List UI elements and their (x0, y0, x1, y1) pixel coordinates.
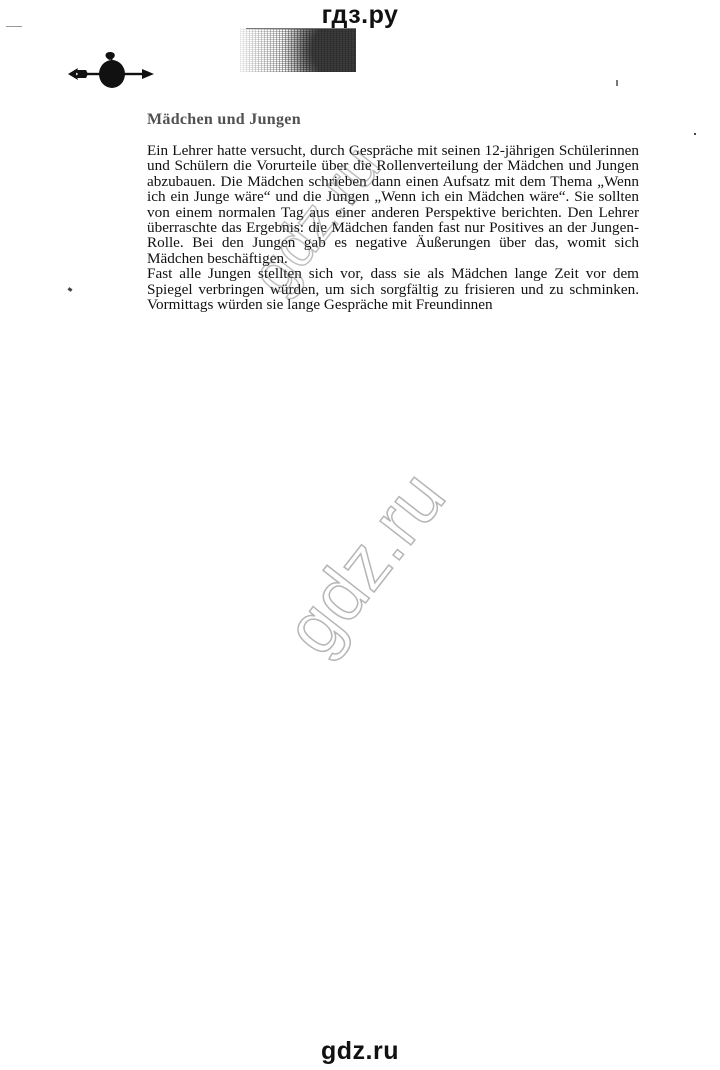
scan-line-artifact (246, 28, 356, 29)
apple-arrow-icon (66, 48, 158, 94)
scan-mark (6, 26, 22, 27)
paragraph-2-clipped: Fast alle Jungen stellten sich vor, dass… (147, 266, 639, 312)
paragraph-2: Fast alle Jungen stellten sich vor, dass… (147, 266, 639, 312)
scan-noise-artifact (240, 28, 356, 72)
document-body: Ein Lehrer hatte versucht, durch Gespräc… (147, 143, 639, 312)
watermark-center: gdz.ru (268, 455, 462, 669)
document-title: Mädchen und Jungen (147, 111, 301, 129)
paragraph-1: Ein Lehrer hatte versucht, durch Gespräc… (147, 143, 639, 266)
scan-speck (68, 287, 73, 292)
site-header-label[interactable]: гдз.ру (0, 0, 720, 30)
scan-speck (694, 133, 696, 135)
site-footer-label[interactable]: gdz.ru (0, 1036, 720, 1066)
scan-speck (616, 80, 618, 86)
